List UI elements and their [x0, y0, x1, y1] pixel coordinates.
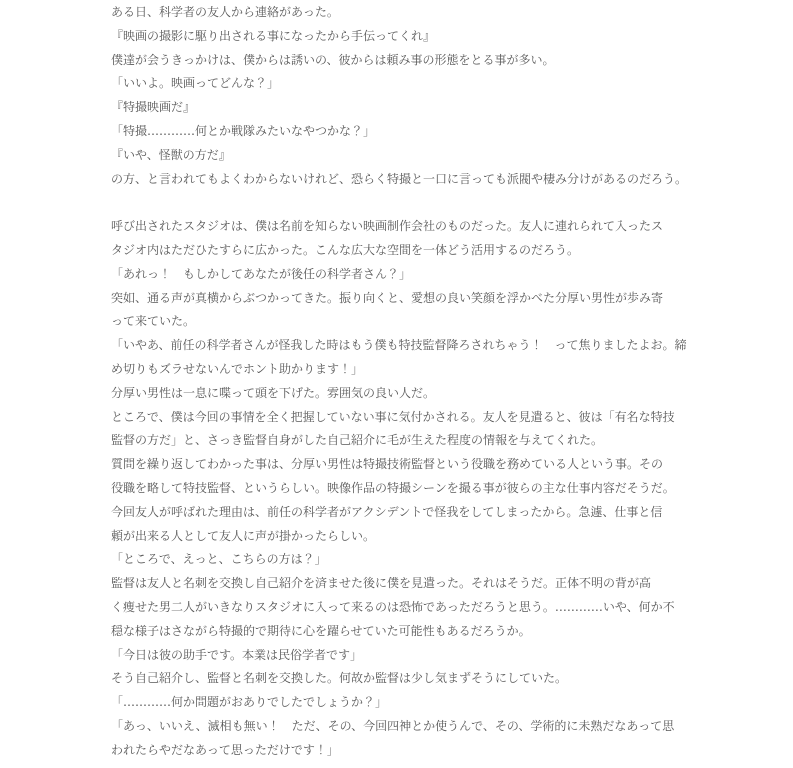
novel-line: 「あっ、いいえ、滅相も無い！ ただ、その、今回四神とか使うんで、その、学術的に未… [111, 715, 693, 739]
novel-line: そう自己紹介し、監督と名刺を交換した。何故か監督は少し気まずそうにしていた。 [111, 667, 693, 691]
novel-line: 分厚い男性は一息に喋って頭を下げた。雰囲気の良い人だ。 [111, 382, 693, 406]
novel-line: 監督の方だ」と、さっき監督自身がした自己紹介に毛が生えた程度の情報を与えてくれた… [111, 429, 693, 453]
novel-line: 「今日は彼の助手です。本業は民俗学者です」 [111, 644, 693, 668]
blank-line [111, 191, 693, 215]
novel-line: 「ところで、えっと、こちらの方は？」 [111, 548, 693, 572]
novel-line: 「いやあ、前任の科学者さんが怪我した時はもう僕も特技監督降ろされちゃう！ って焦… [111, 334, 693, 358]
novel-line: の方、と言われてもよくわからないけれど、恐らく特撮と一口に言っても派閥や棲み分け… [111, 168, 693, 192]
novel-line: ある日、科学者の友人から連絡があった。 [111, 1, 693, 25]
novel-line: 僕達が会うきっかけは、僕からは誘いの、彼からは頼み事の形態をとる事が多い。 [111, 49, 693, 73]
novel-line: 質問を繰り返してわかった事は、分厚い男性は特撮技術監督という役職を務めている人と… [111, 453, 693, 477]
novel-line: 監督は友人と名刺を交換し自己紹介を済ませた後に僕を見遣った。それはそうだ。正体不… [111, 572, 693, 596]
novel-line: 『特撮映画だ』 [111, 96, 693, 120]
novel-line: 突如、通る声が真横からぶつかってきた。振り向くと、愛想の良い笑顔を浮かべた分厚い… [111, 287, 693, 311]
novel-line: 「特撮…………何とか戦隊みたいなやつかな？」 [111, 120, 693, 144]
novel-line: く痩せた男二人がいきなりスタジオに入って来るのは恐怖であっただろうと思う。………… [111, 596, 693, 620]
novel-line: 役職を略して特技監督、というらしい。映像作品の特撮シーンを撮る事が彼らの主な仕事… [111, 477, 693, 501]
novel-line: 呼び出されたスタジオは、僕は名前を知らない映画制作会社のものだった。友人に連れら… [111, 215, 693, 239]
novel-line: 今回友人が呼ばれた理由は、前任の科学者がアクシデントで怪我をしてしまったから。急… [111, 501, 693, 525]
novel-line: 「いいよ。映画ってどんな？」 [111, 72, 693, 96]
novel-line: 「あれっ！ もしかしてあなたが後任の科学者さん？」 [111, 263, 693, 287]
novel-line: 『いや、怪獣の方だ』 [111, 144, 693, 168]
novel-line: タジオ内はただひたすらに広かった。こんな広大な空間を一体どう活用するのだろう。 [111, 239, 693, 263]
novel-line: われたらやだなあって思っただけです！」 [111, 739, 693, 763]
novel-line: って来ていた。 [111, 310, 693, 334]
novel-body: ある日、科学者の友人から連絡があった。『映画の撮影に駆り出される事になったから手… [111, 0, 693, 763]
novel-line: ところで、僕は今回の事情を全く把握していない事に気付かされる。友人を見遣ると、彼… [111, 406, 693, 430]
novel-line: め切りもズラせないんでホント助かります！」 [111, 358, 693, 382]
page: { "page": { "background_color": "#ffffff… [0, 0, 793, 768]
novel-line: 穏な様子はさながら特撮的で期待に心を躍らせていた可能性もあるだろうか。 [111, 620, 693, 644]
novel-line: 『映画の撮影に駆り出される事になったから手伝ってくれ』 [111, 25, 693, 49]
novel-line: 「…………何か問題がおありでしたでしょうか？」 [111, 691, 693, 715]
novel-line: 頼が出来る人として友人に声が掛かったらしい。 [111, 525, 693, 549]
